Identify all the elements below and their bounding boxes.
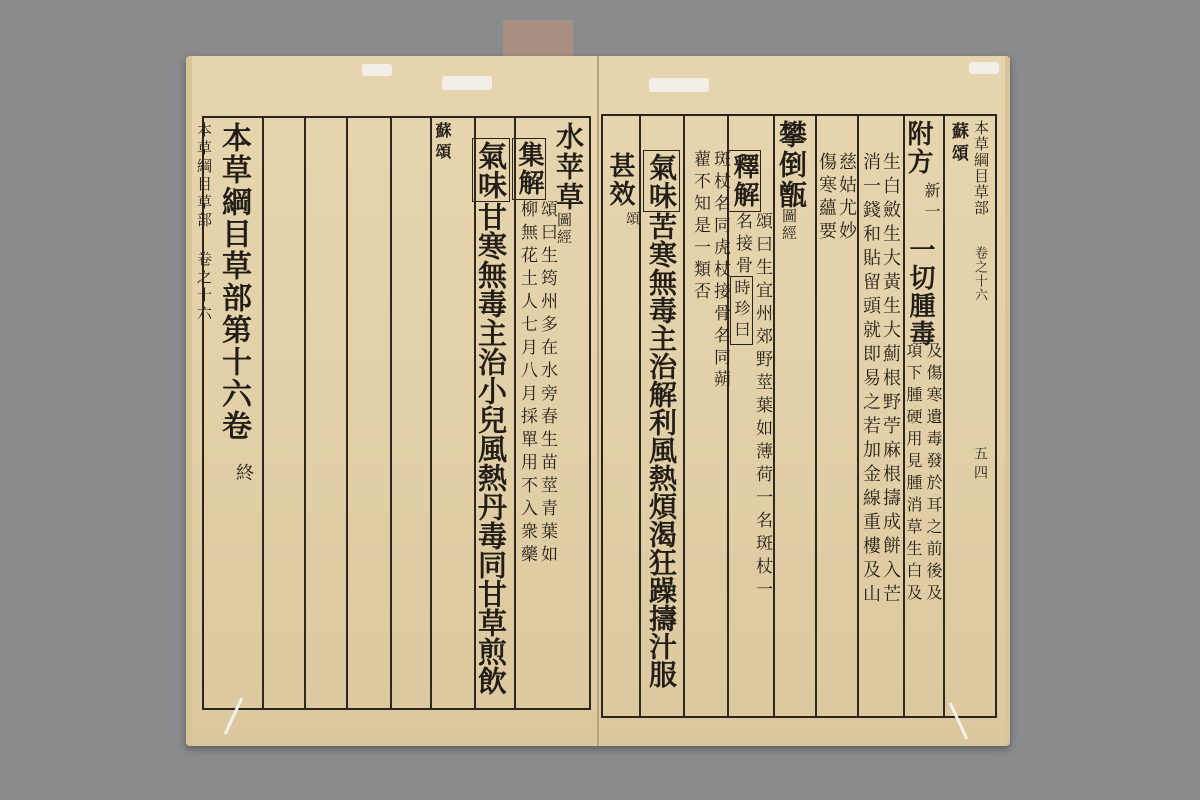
explanation-text-3: 斑杖名同虎杖接骨名同蒴: [711, 150, 728, 392]
explanation-text-4: 藋不知是一類否: [691, 150, 708, 304]
previous-entry-tail: 蘇頌: [949, 122, 966, 166]
column-rule: [857, 116, 859, 716]
explanation-text-2: 名接骨: [733, 212, 750, 278]
note-column-2: 慈姑尤妙: [837, 152, 855, 244]
collected-text-left: 柳無花土人七月八月採單用不入衆藥: [518, 200, 535, 568]
prescription-text-a: 消一錢和貼留頭就即易之若加金線重樓及山: [861, 152, 879, 608]
left-page: 本草綱目草部 卷之十六 本草綱目草部第十六卷 終 蘇頌 氣味甘寒無毒主治小兒風熱…: [192, 56, 598, 746]
explanation-text-1: 頌曰生宜州郊野莖葉如薄荷一名斑杖一: [753, 212, 770, 603]
paper-tear: [969, 62, 999, 74]
prescription-text-d: 項下腫硬用見腫消草生白及: [905, 342, 921, 606]
column-rule: [304, 118, 306, 708]
banxin-title: 本草綱目草部: [973, 120, 988, 216]
note-column-1: 傷寒蘊要: [817, 152, 835, 244]
column-rule: [943, 116, 945, 716]
previous-entry-tail: 蘇頌: [434, 122, 450, 164]
entry-name: 攀倒甑: [777, 120, 805, 210]
open-book: 本草綱目草部 卷之十六 本草綱目草部第十六卷 終 蘇頌 氣味甘寒無毒主治小兒風熱…: [186, 56, 1010, 746]
properties-label: 氣味: [472, 138, 510, 202]
effect-source: 頌: [625, 211, 639, 230]
volume-title: 本草綱目草部第十六卷: [218, 122, 248, 442]
shizhen-label: 時珍曰: [733, 276, 749, 345]
prescription-label: 附方: [905, 120, 931, 176]
banxin-page-number: 五四: [973, 446, 987, 484]
explanation-label: 釋解: [731, 150, 757, 212]
column-rule: [262, 118, 264, 708]
properties-text: 苦寒無毒主治解利風熱煩渴狂躁擣汁服: [645, 212, 678, 688]
column-rule: [346, 118, 348, 708]
effect-text: 甚效: [607, 152, 633, 208]
prescription-title: 一切腫毒: [907, 236, 933, 348]
properties-column: 氣味甘寒無毒主治小兒風熱丹毒同甘草煎飲: [476, 138, 505, 695]
properties-label: 氣味: [643, 150, 680, 212]
column-rule: [390, 118, 392, 708]
column-rule: [514, 118, 516, 708]
properties-text: 甘寒無毒主治小兒風熱丹毒同甘草煎飲: [474, 202, 508, 695]
paper-tear: [442, 76, 492, 90]
collected-label: 集解: [516, 138, 542, 200]
collector-seal: [503, 20, 573, 60]
collected-text-right: 頌曰生筠州多在水旁春生苗莖青葉如: [538, 200, 555, 568]
banxin-juan: 卷之十六: [973, 246, 986, 302]
entry-name: 水苹草: [554, 122, 582, 212]
left-page-frame: 本草綱目草部第十六卷 終 蘇頌 氣味甘寒無毒主治小兒風熱丹毒同甘草煎飲 集解 頌…: [202, 116, 591, 710]
prescription-text-b: 生白斂生大黃生大薊根野苧麻根擣成餅入芒: [881, 152, 899, 608]
entry-source-tag: 圖經: [781, 208, 796, 242]
right-page: 甚效 頌 氣味苦寒無毒主治解利風熱煩渴狂躁擣汁服 藋不知是一類否 斑杖名同虎杖接…: [598, 56, 1005, 746]
paper-tear: [362, 64, 392, 76]
prescription-text-c: 及傷寒遺毒發於耳之前後及: [925, 342, 941, 606]
entry-source-tag: 圖經: [556, 212, 571, 246]
prescription-new-count: 新一: [923, 182, 939, 224]
column-rule: [683, 116, 685, 716]
column-rule: [430, 118, 432, 708]
right-page-frame: 甚效 頌 氣味苦寒無毒主治解利風熱煩渴狂躁擣汁服 藋不知是一類否 斑杖名同虎杖接…: [601, 114, 997, 718]
column-rule: [639, 116, 641, 716]
properties-column: 氣味苦寒無毒主治解利風熱煩渴狂躁擣汁服: [647, 150, 675, 688]
paper-tear: [649, 78, 709, 92]
end-mark: 終: [234, 463, 252, 483]
